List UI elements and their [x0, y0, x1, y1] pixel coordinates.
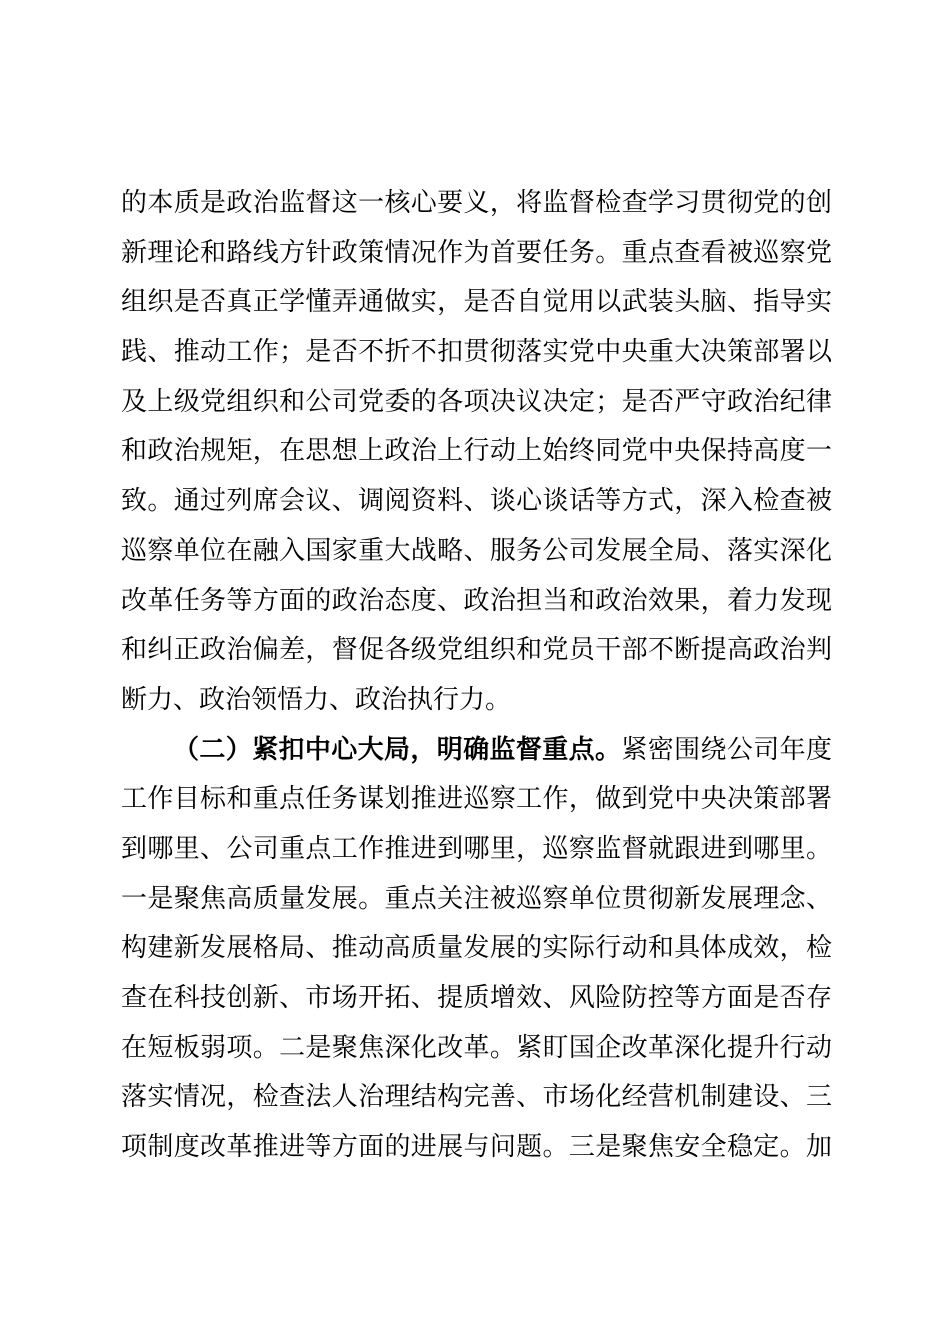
paragraph-line: 在短板弱项。二是聚焦深化改革。紧盯国企改革深化提升行动 [121, 1023, 832, 1073]
paragraph-line: 到哪里、公司重点工作推进到哪里，巡察监督就跟进到哪里。 [121, 824, 832, 874]
paragraph-line: 致。通过列席会议、调阅资料、谈心谈话等方式，深入检查被 [121, 476, 832, 526]
paragraph-line: 巡察单位在融入国家重大战略、服务公司发展全局、落实深化 [121, 526, 832, 576]
document-page: 的本质是政治监督这一核心要义，将监督检查学习贯彻党的创 新理论和路线方针政策情况… [0, 0, 950, 1344]
paragraph-line: 构建新发展格局、推动高质量发展的实际行动和具体成效，检 [121, 923, 832, 973]
paragraph-line: 改革任务等方面的政治态度、政治担当和政治效果，着力发现 [121, 576, 832, 626]
document-text-block: 的本质是政治监督这一核心要义，将监督检查学习贯彻党的创 新理论和路线方针政策情况… [121, 178, 832, 1172]
section-heading-line: （二）紧扣中心大局，明确监督重点。紧密围绕公司年度 [121, 725, 832, 775]
paragraph-line: 落实情况，检查法人治理结构完善、市场化经营机制建设、三 [121, 1072, 832, 1122]
section-heading-rest: 紧密围绕公司年度 [621, 734, 832, 764]
paragraph-line: 项制度改革推进等方面的进展与问题。三是聚焦安全稳定。加 [121, 1122, 832, 1172]
paragraph-line: 和政治规矩，在思想上政治上行动上始终同党中央保持高度一 [121, 426, 832, 476]
paragraph-line: 工作目标和重点任务谋划推进巡察工作，做到党中央决策部署 [121, 774, 832, 824]
paragraph-line: 及上级党组织和公司党委的各项决议决定；是否严守政治纪律 [121, 377, 832, 427]
paragraph-line: 新理论和路线方针政策情况作为首要任务。重点查看被巡察党 [121, 228, 832, 278]
paragraph-line: 查在科技创新、市场开拓、提质增效、风险防控等方面是否存 [121, 973, 832, 1023]
paragraph-line: 一是聚焦高质量发展。重点关注被巡察单位贯彻新发展理念、 [121, 874, 832, 924]
section-heading-bold: （二）紧扣中心大局，明确监督重点。 [173, 734, 621, 764]
paragraph-end-line: 断力、政治领悟力、政治执行力。 [121, 675, 832, 725]
paragraph-line: 和纠正政治偏差，督促各级党组织和党员干部不断提高政治判 [121, 625, 832, 675]
paragraph-line: 践、推动工作；是否不折不扣贯彻落实党中央重大决策部署以 [121, 327, 832, 377]
paragraph-line: 组织是否真正学懂弄通做实，是否自觉用以武装头脑、指导实 [121, 277, 832, 327]
paragraph-line: 的本质是政治监督这一核心要义，将监督检查学习贯彻党的创 [121, 178, 832, 228]
